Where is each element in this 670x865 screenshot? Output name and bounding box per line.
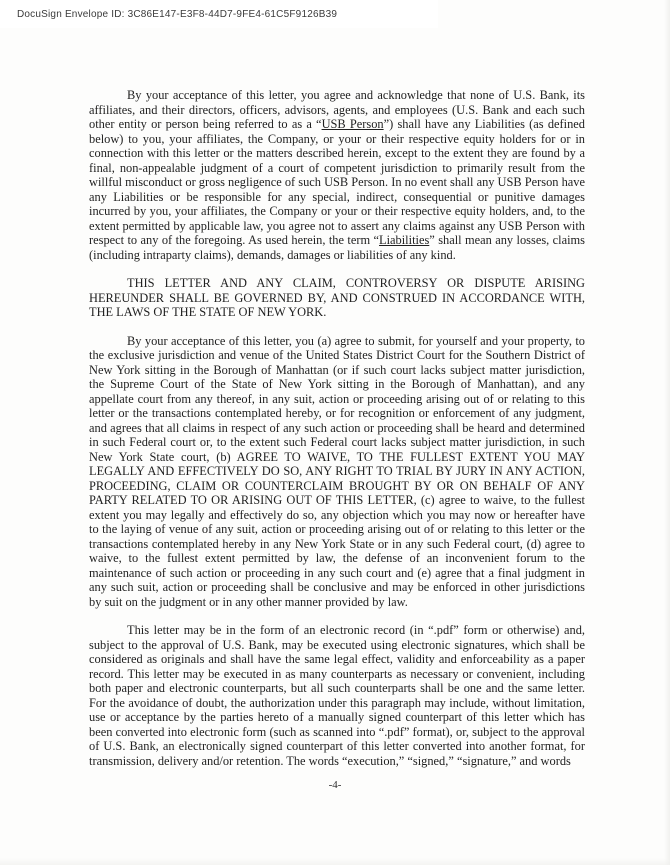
paragraph-liability-waiver: By your acceptance of this letter, you a…	[89, 88, 585, 262]
defined-term-usb-person: USB Person	[322, 117, 384, 131]
paragraph-electronic-counterparts: This letter may be in the form of an ele…	[89, 623, 585, 768]
defined-term-liabilities: Liabilities	[379, 233, 429, 247]
envelope-id-text: DocuSign Envelope ID: 3C86E147-E3F8-44D7…	[0, 9, 337, 20]
letter-body: By your acceptance of this letter, you a…	[89, 88, 585, 768]
document-page: DocuSign Envelope ID: 3C86E147-E3F8-44D7…	[0, 0, 670, 865]
paragraph-governing-law: THIS LETTER AND ANY CLAIM, CONTROVERSY O…	[89, 276, 585, 320]
page-number: -4-	[0, 779, 670, 791]
paragraph-jurisdiction-jury-waiver: By your acceptance of this letter, you (…	[89, 334, 585, 610]
docusign-envelope-header: DocuSign Envelope ID: 3C86E147-E3F8-44D7…	[0, 0, 438, 28]
paragraph-liability-text-b: ”) shall have any Liabilities (as define…	[89, 117, 585, 247]
